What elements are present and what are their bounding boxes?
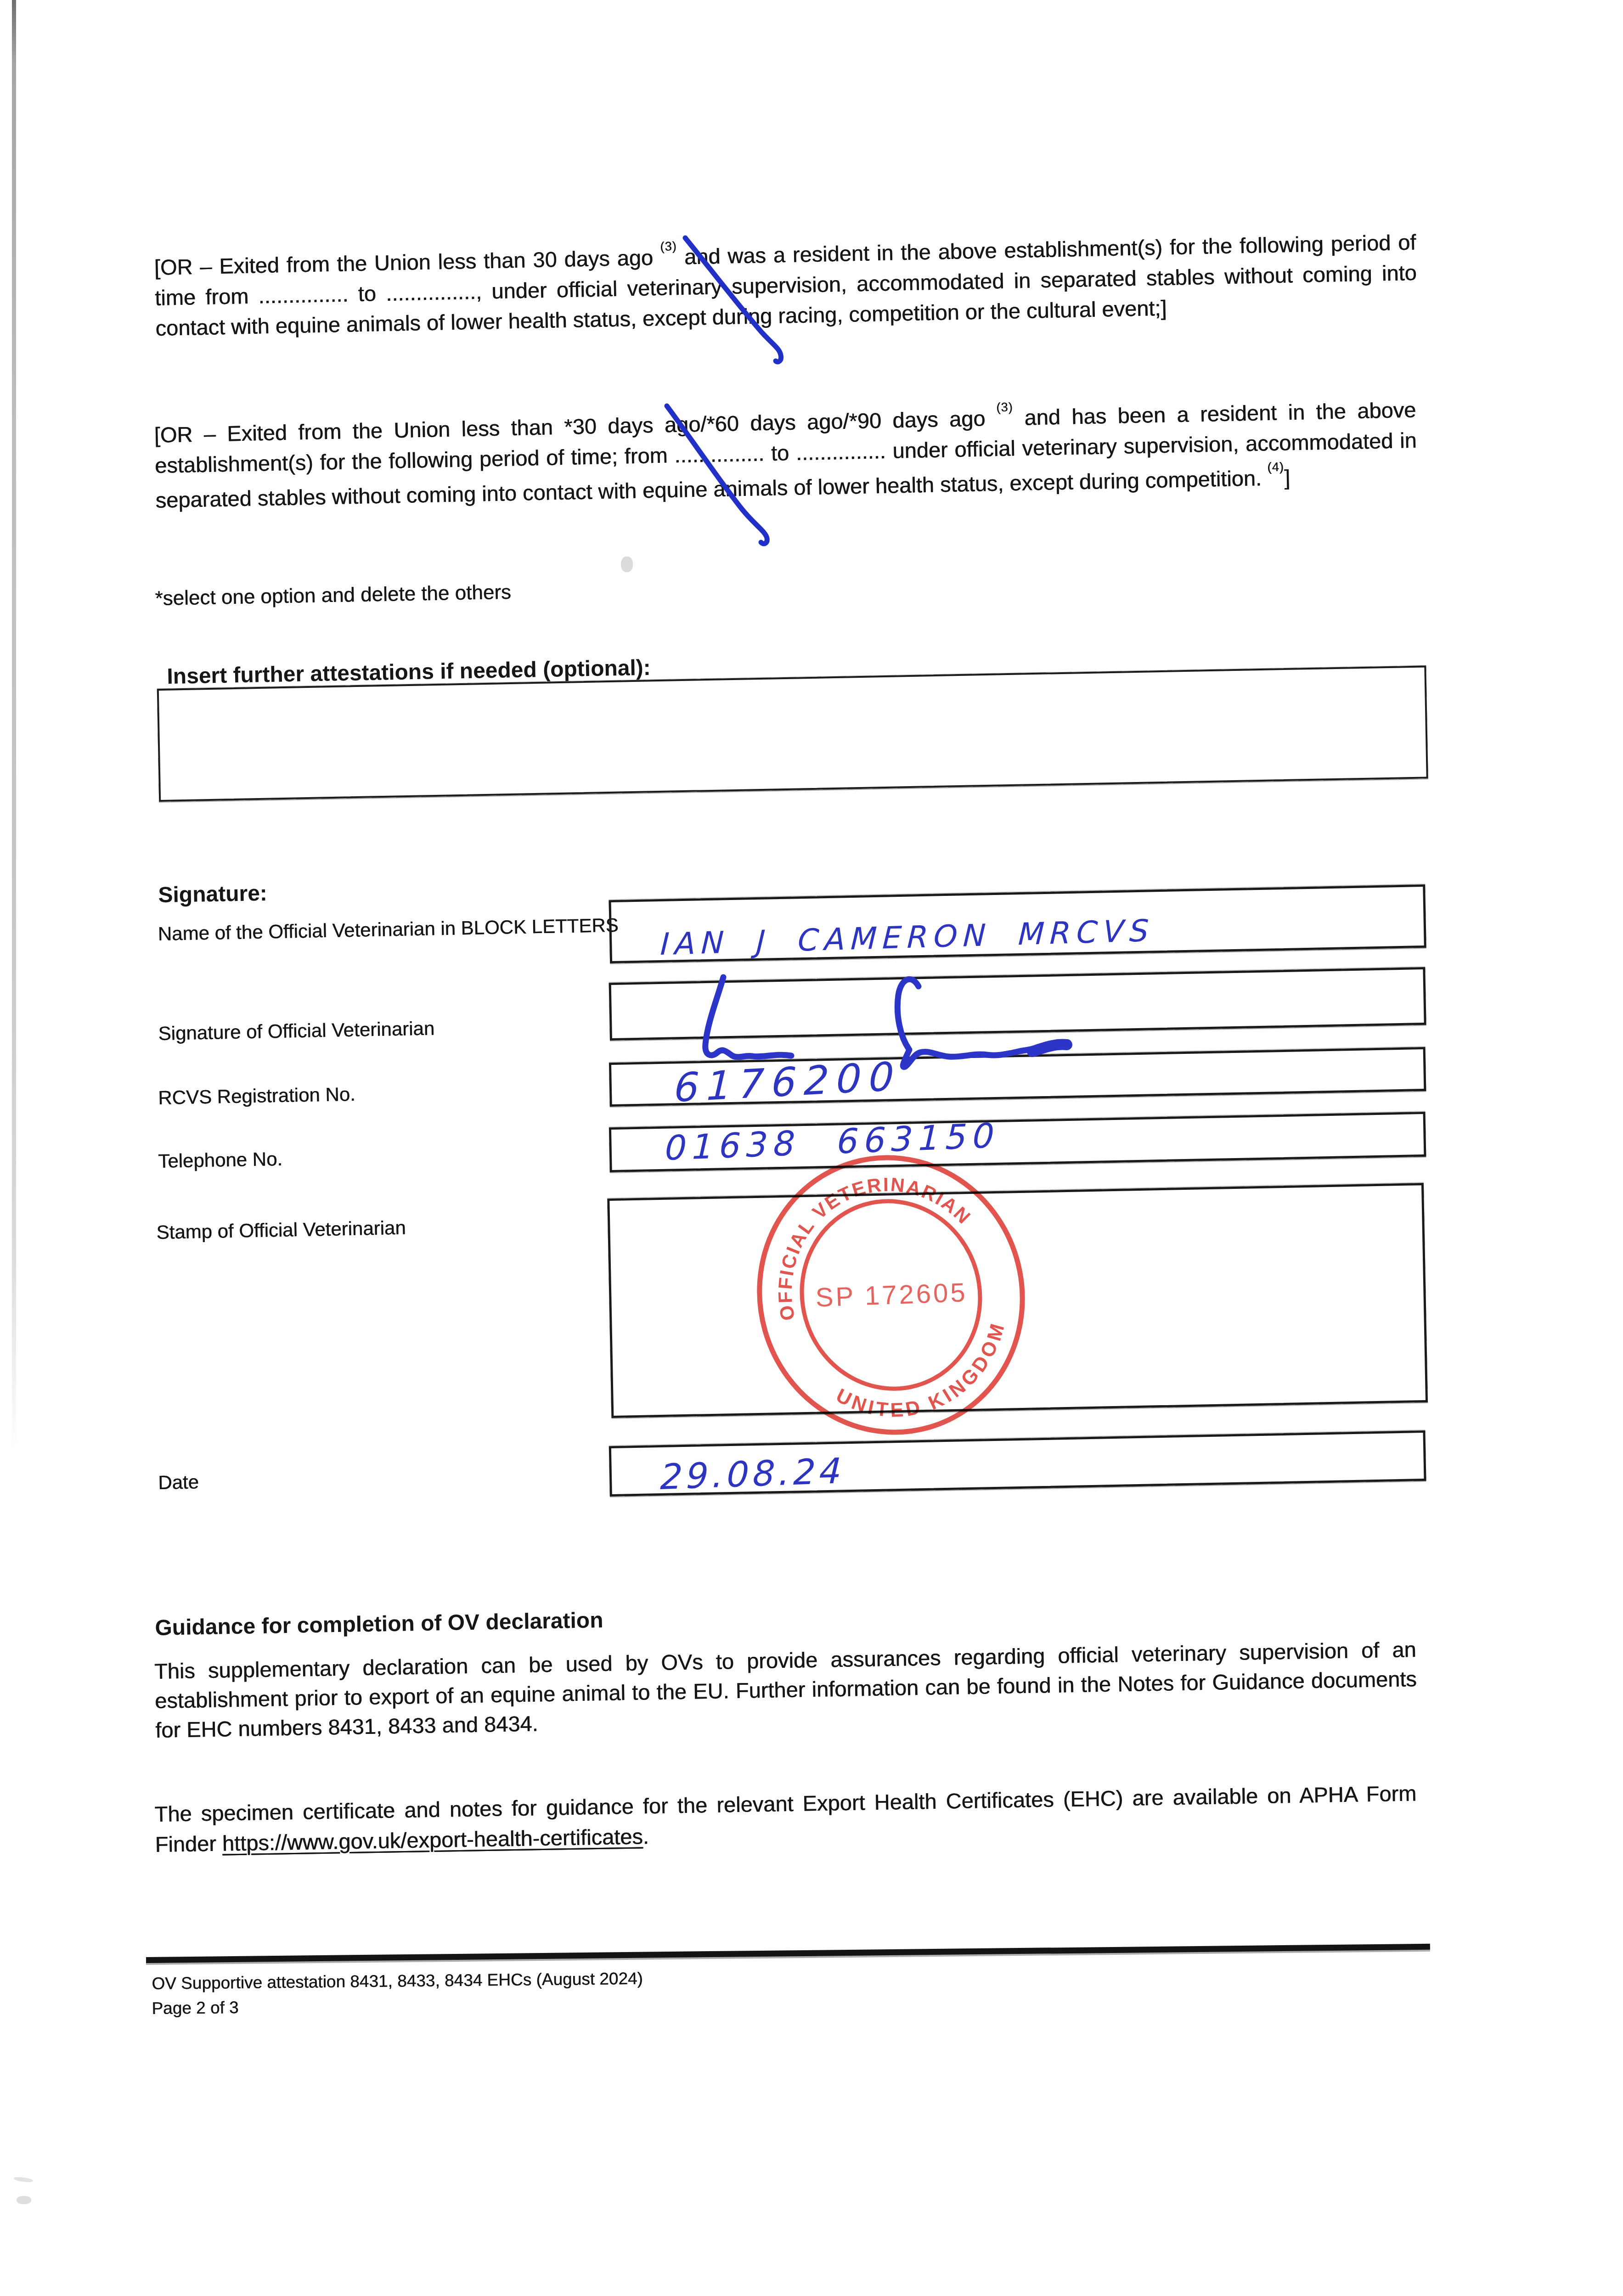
handwritten-date: 29.08.24 bbox=[659, 1450, 845, 1497]
footer-divider bbox=[146, 1944, 1430, 1963]
footnote-ref-4: (4) bbox=[1267, 460, 1284, 474]
clause-option-2-text: ] bbox=[1284, 465, 1291, 490]
footnote-ref-3: (3) bbox=[996, 400, 1013, 415]
clause-option-2: [OR – Exited from the Union less than *3… bbox=[154, 390, 1418, 515]
scan-edge-artifact bbox=[12, 0, 16, 1451]
guidance-heading: Guidance for completion of OV declaratio… bbox=[155, 1608, 603, 1641]
availability-paragraph: The specimen certificate and notes for g… bbox=[154, 1778, 1417, 1860]
footnote-ref-3: (3) bbox=[660, 239, 677, 254]
scan-smudge bbox=[14, 2176, 34, 2183]
select-option-note: *select one option and delete the others bbox=[155, 581, 511, 610]
stamp-graphic: OFFICIAL VETERINARIAN UNITED KINGDOM SP … bbox=[753, 1150, 1033, 1440]
signature-stroke-3 bbox=[1032, 1044, 1067, 1052]
guidance-paragraph: This supplementary declaration can be us… bbox=[154, 1635, 1417, 1745]
official-veterinarian-stamp: OFFICIAL VETERINARIAN UNITED KINGDOM SP … bbox=[753, 1150, 1033, 1440]
signature-stroke-1 bbox=[705, 977, 791, 1057]
clause-option-1: [OR – Exited from the Union less than 30… bbox=[154, 223, 1418, 343]
footer-page-number: Page 2 of 3 bbox=[152, 1996, 239, 2020]
export-health-certificates-link[interactable]: https://www.gov.uk/export-health-certifi… bbox=[222, 1824, 643, 1855]
signature-section-heading: Signature: bbox=[158, 881, 267, 908]
scan-smudge bbox=[621, 557, 633, 572]
signature-scribble bbox=[680, 969, 1075, 1070]
clause-option-1-text: and was a resident in the above establis… bbox=[155, 230, 1417, 340]
clause-option-1-text: [OR – Exited from the Union less than 30… bbox=[154, 245, 660, 280]
scan-smudge bbox=[17, 2196, 31, 2204]
scanned-document-page: [OR – Exited from the Union less than 30… bbox=[0, 0, 1623, 2296]
stamp-serial-number: SP 172605 bbox=[815, 1277, 968, 1313]
availability-text-period: . bbox=[642, 1824, 649, 1848]
further-attestations-box bbox=[157, 665, 1428, 802]
footer-document-title: OV Supportive attestation 8431, 8433, 84… bbox=[152, 1967, 643, 1995]
name-field-label: Name of the Official Veterinarian in BLO… bbox=[158, 912, 622, 947]
